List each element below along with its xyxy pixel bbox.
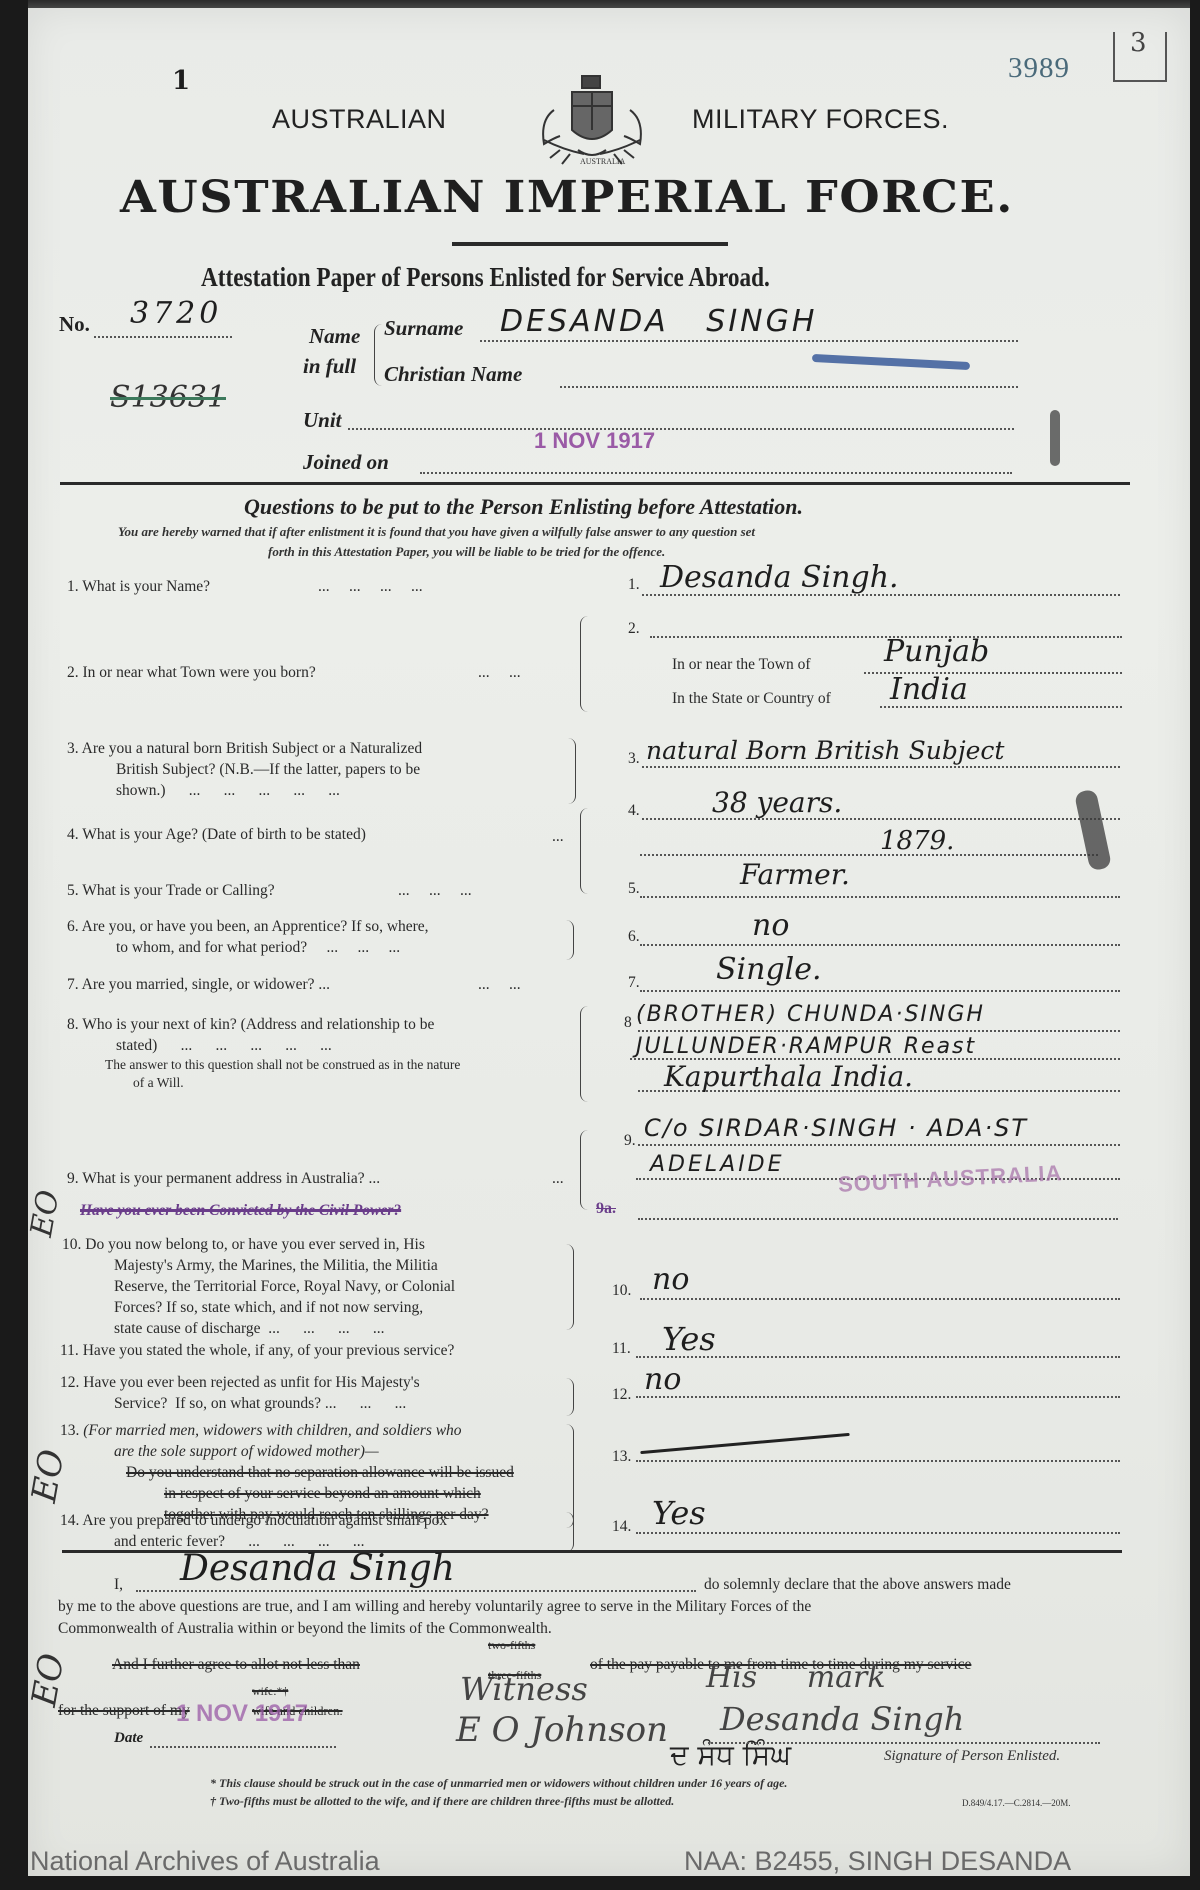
q13-answer-line [636,1460,1120,1462]
q9a-struck-text: Have you ever been Convicted by the Civi… [80,1200,401,1221]
date-label: Date [114,1730,143,1747]
q8-brace [580,1006,588,1102]
q10-brace [566,1244,574,1330]
q10-answer[interactable]: no [652,1262,689,1297]
q9a-label: Have you ever been Convicted by the Civi… [80,1202,401,1219]
margin-number: S13631 [110,380,226,415]
declaration-signed-name[interactable]: Desanda Singh [180,1548,455,1589]
q14-line1: Are you prepared to undergo inoculation … [82,1512,447,1529]
questions-title: Questions to be put to the Person Enlist… [244,494,803,520]
q4-birth-line [640,854,1098,856]
warning-line-1: You are hereby warned that if after enli… [118,524,755,540]
q4-num: 4. [67,826,79,843]
ink-smudge [1050,410,1060,466]
surname-label: Surname [384,316,463,341]
q3-line3: shown.) ... ... ... ... ... [67,780,577,801]
declaration-name-line [136,1590,696,1592]
form-code: D.849/4.17.—C.2814.—20M. [962,1798,1071,1808]
archive-watermark-right: NAA: B2455, SINGH DESANDA [684,1846,1071,1877]
q9a-answer-num: 9a. [596,1200,616,1218]
q5-answer-line [640,896,1120,898]
name-brace [374,324,382,386]
q13-line1: (For married men, widowers with children… [83,1422,461,1439]
q14-answer-line [636,1532,1120,1534]
coat-of-arms-emblem: AUSTRALIA [524,70,664,175]
q3-num: 3. [67,740,79,757]
q4-brace [580,808,588,894]
margin-number-text: S13631 [110,380,226,415]
q2-town-label: In or near the Town of [672,654,811,675]
q10-line1: Do you now belong to, or have you ever s… [85,1236,425,1253]
allotment-two-fifths: two-fifths [488,1638,535,1653]
q8-num: 8. [67,1016,79,1033]
joined-on-label: Joined on [303,450,389,475]
q12-text: 12. Have you ever been rejected as unfit… [60,1372,570,1414]
q3-answer-num: 3. [628,750,640,768]
q6-answer[interactable]: no [752,908,789,943]
signature-caption: Signature of Person Enlisted. [884,1748,1060,1765]
q2-label: In or near what Town were you born? [83,664,316,681]
header-left: AUSTRALIAN [272,104,447,135]
q12-brace [566,1378,574,1416]
q2-brace [580,616,588,712]
q8-answer-line-1 [638,1030,1120,1032]
document-title: AUSTRALIAN IMPERIAL FORCE. [120,172,1014,223]
q10-line5: state cause of discharge ... ... ... ... [62,1318,572,1339]
q1-text: 1. What is your Name? [67,576,210,597]
q9-answer-line-1 [638,1144,1120,1146]
allotment-wife: wife.*† [252,1684,288,1699]
q13-line2: are the sole support of widowed mother)— [60,1441,570,1462]
q12-num: 12. [60,1374,79,1391]
q4-answer-birth[interactable]: 1879. [880,826,954,856]
q10-line3: Reserve, the Territorial Force, Royal Na… [62,1276,572,1297]
q6-brace [566,920,574,960]
q4-label: What is your Age? (Date of birth to be s… [82,826,366,843]
q8-note2: of a Will. [67,1074,577,1092]
q7-text: 7. Are you married, single, or widower? … [67,974,330,995]
allotment-line2: for the support of my [58,1700,190,1721]
q12-line1: Have you ever been rejected as unfit for… [83,1374,419,1391]
footnote-2: † Two-fifths must be allotted to the wif… [210,1794,674,1809]
q13-line3-struck: Do you understand that no separation all… [60,1462,570,1483]
q2-num: 2. [67,664,79,681]
q5-label: What is your Trade or Calling? [82,882,274,899]
name-label: Name [309,324,360,349]
q1-num: 1. [67,578,79,595]
q4-answer-num: 4. [628,802,640,820]
title-underline [452,242,728,246]
header-right: MILITARY FORCES. [692,104,949,135]
q14-brace [566,1512,574,1552]
q10-answer-num: 10. [612,1282,631,1300]
q9-dots: ... [552,1168,564,1189]
q9-num: 9. [67,1170,79,1187]
mark-signature: Desanda Singh [720,1700,964,1738]
q8-answer-line2[interactable]: JULLUNDER·RAMPUR Reast [636,1034,976,1059]
page-mark: 1 [172,66,190,96]
q8-answer-line3[interactable]: Kapurthala India. [664,1060,913,1093]
q1-label: What is your Name? [82,578,210,595]
q2-town-value[interactable]: Punjab [884,634,989,669]
q14-text: 14. Are you prepared to undergo inoculat… [60,1510,570,1552]
q1-answer[interactable]: Desanda Singh. [660,560,899,595]
q9-answer-line1[interactable]: C/o SIRDAR·SINGH · ADA·ST [644,1114,1028,1142]
declaration-line3: Commonwealth of Australia within or beyo… [58,1618,552,1639]
his-mark-label: His mark [706,1660,886,1695]
q8-answer-num: 8 [624,1014,632,1032]
folio-number: 3989 [1008,52,1070,85]
joined-date-stamp: 1 NOV 1917 [534,428,655,454]
q5-answer-num: 5. [628,880,640,898]
q13-answer-num: 13. [612,1448,631,1466]
christian-name-field-line [560,386,1018,388]
q13-line4-struck: in respect of your service beyond an amo… [60,1483,570,1504]
section-divider [60,482,1130,485]
q9-answer-num: 9. [624,1132,636,1150]
q12-answer-num: 12. [612,1386,631,1404]
no-label: No. [59,312,90,337]
q3-answer[interactable]: natural Born British Subject [646,736,1004,765]
q8-note1: The answer to this question shall not be… [67,1056,577,1074]
q10-line2: Majesty's Army, the Marines, the Militia… [62,1255,572,1276]
document-subtitle: Attestation Paper of Persons Enlisted fo… [201,262,770,293]
q1-answer-num: 1. [628,576,640,594]
q11-num: 11. [60,1342,79,1359]
q6-answer-num: 6. [628,928,640,946]
christian-name-label: Christian Name [384,362,522,387]
witness-signature: E O Johnson [456,1710,668,1750]
unit-field-line [348,428,1014,430]
q10-text: 10. Do you now belong to, or have you ev… [62,1234,572,1339]
surname-value[interactable]: DESANDA SINGH [500,304,817,339]
q3-line1: Are you a natural born British Subject o… [82,740,422,757]
q5-answer[interactable]: Farmer. [740,858,850,891]
no-field-line [94,336,232,338]
svg-text:AUSTRALIA: AUSTRALIA [580,157,626,166]
q8-text: 8. Who is your next of kin? (Address and… [67,1014,577,1092]
q12-line2: Service? If so, on what grounds? ... ...… [60,1393,570,1414]
q9-text: 9. What is your permanent address in Aus… [67,1168,380,1189]
q12-answer-line [636,1396,1120,1398]
q14-answer-num: 14. [612,1518,631,1536]
declaration-line1: do solemnly declare that the above answe… [704,1574,1011,1595]
q10-line4: Forces? If so, state which, and if not n… [62,1297,572,1318]
signature-line [708,1742,1100,1744]
date-field-line [150,1746,336,1748]
witness-label: Witness [460,1670,588,1708]
q14-answer[interactable]: Yes [652,1494,706,1532]
q1-dots: ... ... ... ... [318,576,423,597]
q4-dots: ... [552,826,564,847]
q6-num: 6. [67,918,79,935]
q2-dots: ... ... [478,662,521,683]
unit-label: Unit [303,408,342,433]
q3-line2: British Subject? (N.B.—If the latter, pa… [67,759,577,780]
allotment-line1-a: And I further agree to allot not less th… [112,1654,360,1675]
in-full-label: in full [303,354,356,379]
q10-answer-line [640,1298,1120,1300]
footnote-1: * This clause should be struck out in th… [210,1776,787,1791]
q2-country-label: In the State or Country of [672,688,831,709]
q5-num: 5. [67,882,79,899]
q9-brace [580,1130,588,1210]
q10-num: 10. [62,1236,81,1253]
q6-line1: Are you, or have you been, an Apprentice… [82,918,429,935]
q7-num: 7. [67,976,79,993]
q7-answer[interactable]: Single. [716,952,822,987]
q2-answer-num: 2. [628,620,640,638]
q7-dots: ... ... [478,974,521,995]
joined-on-field-line [420,472,1012,474]
q11-label: Have you stated the whole, if any, of yo… [83,1342,455,1359]
q6-line2: to whom, and for what period? ... ... ..… [67,937,429,958]
folio-bracket-number: 3 [1130,28,1147,58]
q7-answer-num: 7. [628,974,640,992]
q8-line2: stated) ... ... ... ... ... [67,1035,577,1056]
surname-field-line [480,340,1018,342]
q2-text: 2. In or near what Town were you born? [67,662,316,683]
q5-text: 5. What is your Trade or Calling? [67,880,275,901]
archive-watermark-left: National Archives of Australia [30,1846,380,1877]
date-stamp: 1 NOV 1917 [176,1700,308,1728]
q13-num: 13. [60,1422,79,1439]
q3-answer-line [642,766,1120,768]
q3-brace [568,738,576,804]
q4-answer-age[interactable]: 38 years. [712,786,842,819]
q4-text: 4. What is your Age? (Date of birth to b… [67,824,366,845]
declaration-line2: by me to the above questions are true, a… [58,1596,811,1617]
warning-line-2: forth in this Attestation Paper, you wil… [268,544,665,560]
q12-answer[interactable]: no [644,1362,681,1397]
q5-dots: ... ... ... [398,880,472,901]
q6-answer-line [640,944,1120,946]
q11-answer-num: 11. [612,1340,631,1358]
q8-answer-line1[interactable]: (BROTHER) CHUNDA·SINGH [636,1002,985,1027]
q14-num: 14. [60,1512,79,1529]
q7-label: Are you married, single, or widower? ... [82,976,330,993]
q2-country-value[interactable]: India [890,672,968,707]
q3-text: 3. Are you a natural born British Subjec… [67,738,577,801]
q6-text: 6. Are you, or have you been, an Apprent… [67,916,429,958]
no-value: 3720 [130,296,222,331]
q9a-answer-line [638,1218,1118,1220]
q9-answer-line2[interactable]: ADELAIDE [650,1152,785,1177]
q7-answer-line [640,990,1120,992]
q11-answer[interactable]: Yes [662,1320,716,1358]
declaration-prefix: I, [114,1574,123,1595]
q8-line1: Who is your next of kin? (Address and re… [82,1016,434,1033]
q9-label: What is your permanent address in Austra… [82,1170,380,1187]
q11-text: 11. Have you stated the whole, if any, o… [60,1340,454,1361]
